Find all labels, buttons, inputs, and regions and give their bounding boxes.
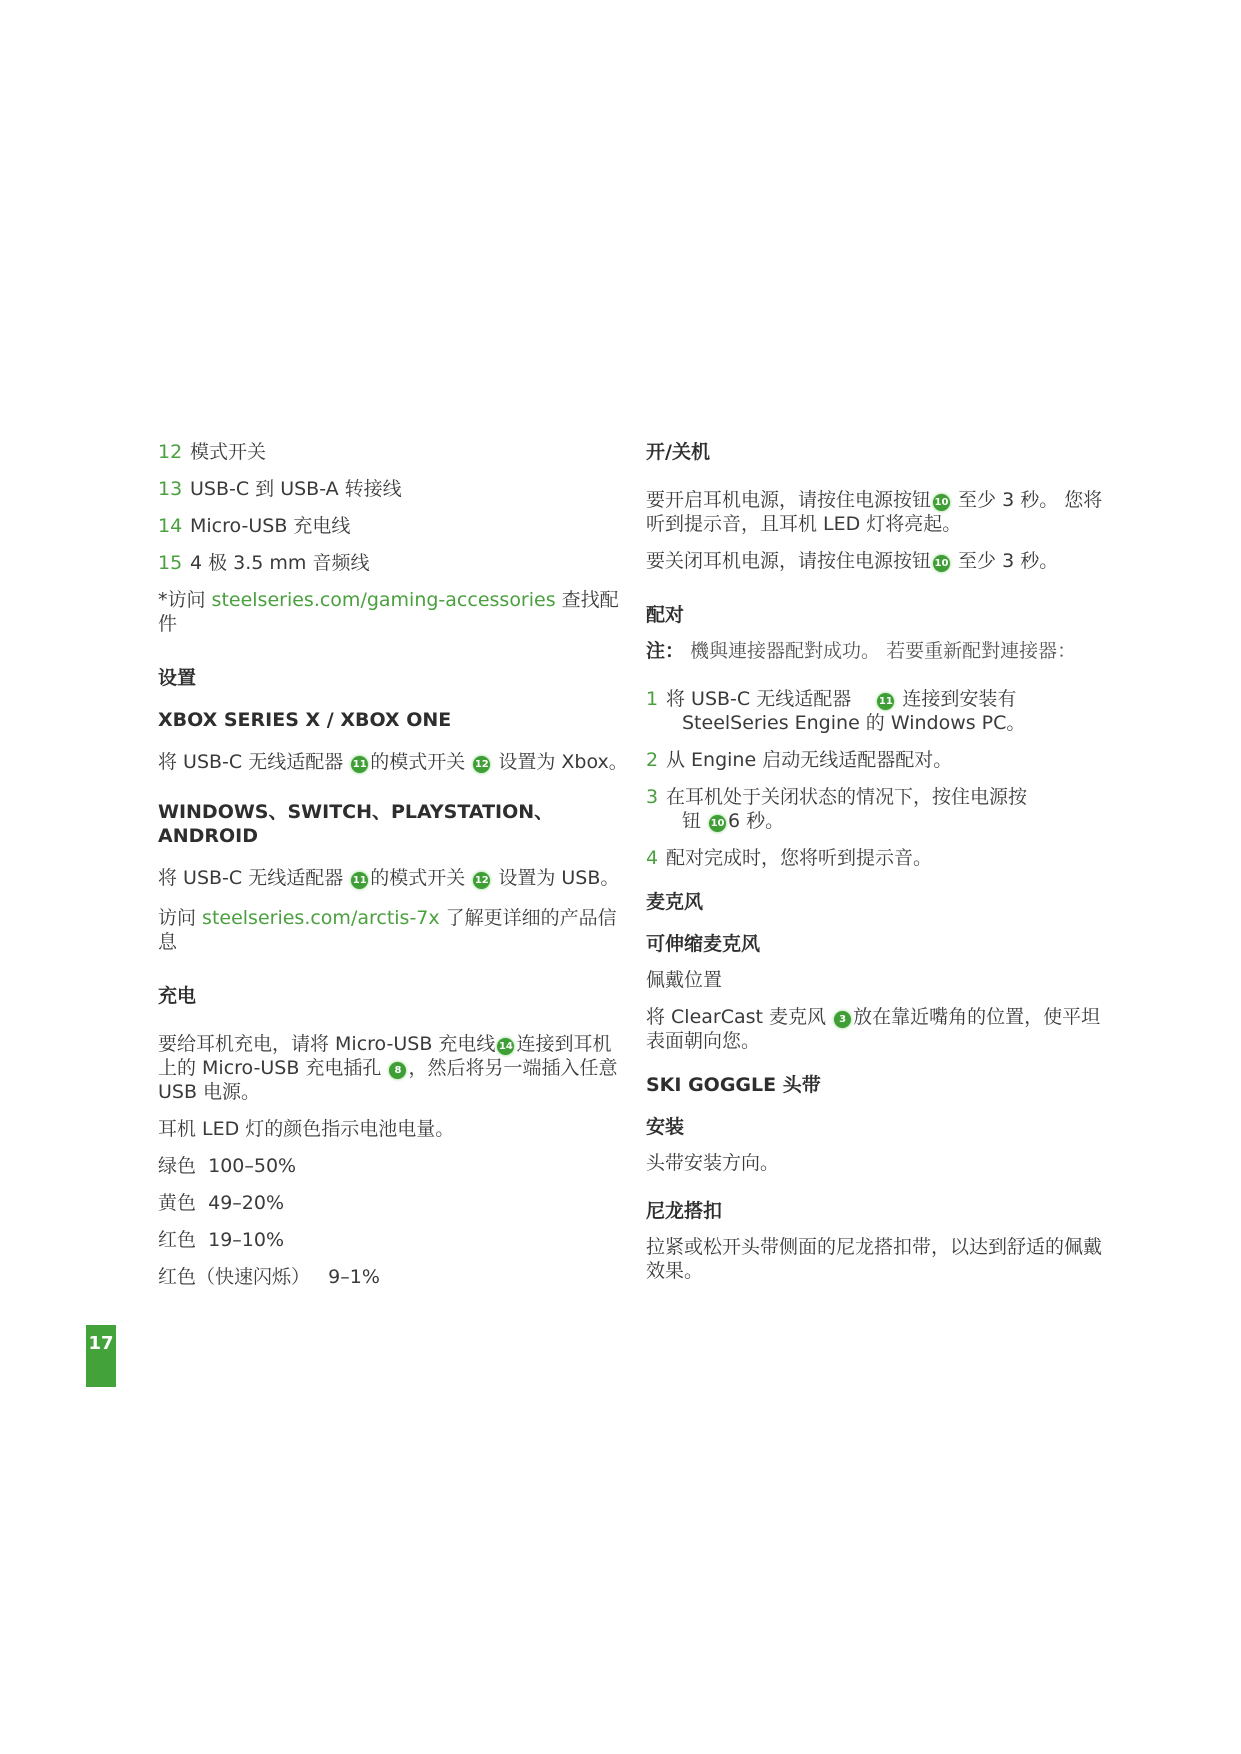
component-item-12: 12 模式开关 xyxy=(158,440,628,464)
power-off-instructions: 要关闭耳机电源，请按住电源按钮10 至少 3 秒。 xyxy=(646,549,1116,573)
component-number: 13 xyxy=(158,477,190,501)
velcro-text: 拉紧或松开头带侧面的尼龙搭扣带，以达到舒适的佩戴效果。 xyxy=(646,1235,1116,1283)
power-on-instructions: 要开启耳机电源，请按住电源按钮10 至少 3 秒。 您将听到提示音，且耳机 LE… xyxy=(646,488,1116,536)
step-number: 1 xyxy=(646,687,666,735)
text-segment: 钮 106 秒。 xyxy=(666,809,1027,833)
setup-heading: 设置 xyxy=(158,666,628,690)
callout-badge-icon: 3 xyxy=(834,1011,851,1028)
pairing-heading: 配对 xyxy=(646,603,1116,627)
component-number: 15 xyxy=(158,551,190,575)
component-label: USB-C 到 USB-A 转接线 xyxy=(190,477,402,501)
mic-instructions: 将 ClearCast 麦克风 3放在靠近嘴角的位置，使平坦表面朝向您。 xyxy=(646,1005,1116,1053)
pairing-step-2: 2 从 Engine 启动无线适配器配对。 xyxy=(646,748,1116,772)
callout-badge-icon: 12 xyxy=(473,872,490,889)
component-number: 12 xyxy=(158,440,190,464)
text-segment: 连接到安装有 xyxy=(896,688,1016,710)
component-label: Micro-USB 充电线 xyxy=(190,514,350,538)
battery-range: 100–50% xyxy=(208,1155,296,1177)
accessories-note: *访问 steelseries.com/gaming-accessories 查… xyxy=(158,588,628,636)
text-segment: 至少 3 秒。 xyxy=(952,550,1058,572)
callout-badge-icon: 11 xyxy=(351,872,368,889)
charging-heading: 充电 xyxy=(158,984,628,1008)
product-info-note: 访问 steelseries.com/arctis-7x 了解更详细的产品信息 xyxy=(158,906,628,954)
ski-goggle-heading: SKI GOGGLE 头带 xyxy=(646,1073,1116,1097)
retractable-mic-heading: 可伸缩麦克风 xyxy=(646,932,1116,956)
accessories-prefix: *访问 xyxy=(158,589,212,611)
battery-range: 19–10% xyxy=(208,1229,284,1251)
install-heading: 安装 xyxy=(646,1115,1116,1139)
product-link[interactable]: steelseries.com/arctis-7x xyxy=(202,907,440,929)
text-segment: 的模式开关 xyxy=(370,867,471,889)
battery-level-green: 绿色 100–50% xyxy=(158,1154,628,1178)
xbox-instructions: 将 USB-C 无线适配器 11的模式开关 12 设置为 Xbox。 xyxy=(158,750,628,774)
component-item-14: 14 Micro-USB 充电线 xyxy=(158,514,628,538)
component-label: 4 极 3.5 mm 音频线 xyxy=(190,551,369,575)
battery-level-yellow: 黄色 49–20% xyxy=(158,1191,628,1215)
charging-instructions: 要给耳机充电，请将 Micro-USB 充电线14连接到耳机上的 Micro-U… xyxy=(158,1032,628,1104)
left-column: 12 模式开关 13 USB-C 到 USB-A 转接线 14 Micro-US… xyxy=(158,440,628,1302)
text-segment: 钮 xyxy=(682,810,707,832)
step-text: 将 USB-C 无线适配器 11 连接到安装有 SteelSeries Engi… xyxy=(666,687,1025,735)
pairing-step-3: 3 在耳机处于关闭状态的情况下，按住电源按 钮 106 秒。 xyxy=(646,785,1116,833)
component-number: 14 xyxy=(158,514,190,538)
power-heading: 开/关机 xyxy=(646,440,1116,464)
battery-color: 红色（快速闪烁） xyxy=(158,1266,310,1288)
step-text: 配对完成时，您将听到提示音。 xyxy=(666,846,932,870)
text-segment: 要给耳机充电，请将 Micro-USB 充电线 xyxy=(158,1033,495,1055)
component-label: 模式开关 xyxy=(190,440,266,464)
text-segment: 的模式开关 xyxy=(370,751,471,773)
note-label: 注： xyxy=(646,640,684,662)
wear-position-label: 佩戴位置 xyxy=(646,968,1116,992)
battery-range: 49–20% xyxy=(208,1192,284,1214)
right-column: 开/关机 要开启耳机电源，请按住电源按钮10 至少 3 秒。 您将听到提示音，且… xyxy=(646,440,1116,1296)
callout-badge-icon: 12 xyxy=(473,756,490,773)
callout-badge-icon: 10 xyxy=(933,555,950,572)
pairing-note: 注： 機與連接器配對成功。 若要重新配對連接器： xyxy=(646,639,1116,663)
text-segment: 访问 xyxy=(158,907,202,929)
text-segment: 将 ClearCast 麦克风 xyxy=(646,1006,832,1028)
other-platforms-instructions: 将 USB-C 无线适配器 11的模式开关 12 设置为 USB。 xyxy=(158,866,628,890)
battery-color: 红色 xyxy=(158,1229,196,1251)
step-text: 从 Engine 启动无线适配器配对。 xyxy=(666,748,952,772)
step-text: 在耳机处于关闭状态的情况下，按住电源按 钮 106 秒。 xyxy=(666,785,1027,833)
accessories-link[interactable]: steelseries.com/gaming-accessories xyxy=(212,589,556,611)
text-segment: 设置为 USB。 xyxy=(492,867,619,889)
text-segment: SteelSeries Engine 的 Windows PC。 xyxy=(666,711,1025,735)
battery-range: 9–1% xyxy=(328,1266,380,1288)
page-number: 17 xyxy=(86,1325,116,1387)
mic-heading: 麦克风 xyxy=(646,890,1116,914)
step-number: 2 xyxy=(646,748,666,772)
step-number: 3 xyxy=(646,785,666,833)
callout-badge-icon: 8 xyxy=(389,1062,406,1079)
battery-color: 绿色 xyxy=(158,1155,196,1177)
callout-badge-icon: 10 xyxy=(933,494,950,511)
text-segment: 将 USB-C 无线适配器 xyxy=(158,751,349,773)
battery-level-red: 红色 19–10% xyxy=(158,1228,628,1252)
battery-color: 黄色 xyxy=(158,1192,196,1214)
xbox-heading: XBOX SERIES X / XBOX ONE xyxy=(158,708,628,732)
velcro-heading: 尼龙搭扣 xyxy=(646,1199,1116,1223)
pairing-step-4: 4 配对完成时，您将听到提示音。 xyxy=(646,846,1116,870)
component-item-15: 15 4 极 3.5 mm 音频线 xyxy=(158,551,628,575)
pairing-step-1: 1 将 USB-C 无线适配器 11 连接到安装有 SteelSeries En… xyxy=(646,687,1116,735)
text-segment: 6 秒。 xyxy=(728,810,784,832)
callout-badge-icon: 14 xyxy=(497,1038,514,1055)
component-item-13: 13 USB-C 到 USB-A 转接线 xyxy=(158,477,628,501)
other-platforms-heading: WINDOWS、SWITCH、PLAYSTATION、ANDROID xyxy=(158,800,628,848)
callout-badge-icon: 11 xyxy=(877,693,894,710)
callout-badge-icon: 11 xyxy=(351,756,368,773)
text-segment: 将 USB-C 无线适配器 xyxy=(158,867,349,889)
step-number: 4 xyxy=(646,846,666,870)
text-segment: 在耳机处于关闭状态的情况下，按住电源按 xyxy=(666,786,1027,808)
led-intro: 耳机 LED 灯的颜色指示电池电量。 xyxy=(158,1117,628,1141)
callout-badge-icon: 10 xyxy=(709,815,726,832)
text-segment: 要关闭耳机电源，请按住电源按钮 xyxy=(646,550,931,572)
text-segment: 设置为 Xbox。 xyxy=(492,751,627,773)
install-text: 头带安装方向。 xyxy=(646,1151,1116,1175)
text-segment: 要开启耳机电源，请按住电源按钮 xyxy=(646,489,931,511)
text-segment: 将 USB-C 无线适配器 xyxy=(666,688,857,710)
note-text: 機與連接器配對成功。 若要重新配對連接器： xyxy=(684,640,1076,662)
battery-level-red-flashing: 红色（快速闪烁） 9–1% xyxy=(158,1265,628,1289)
